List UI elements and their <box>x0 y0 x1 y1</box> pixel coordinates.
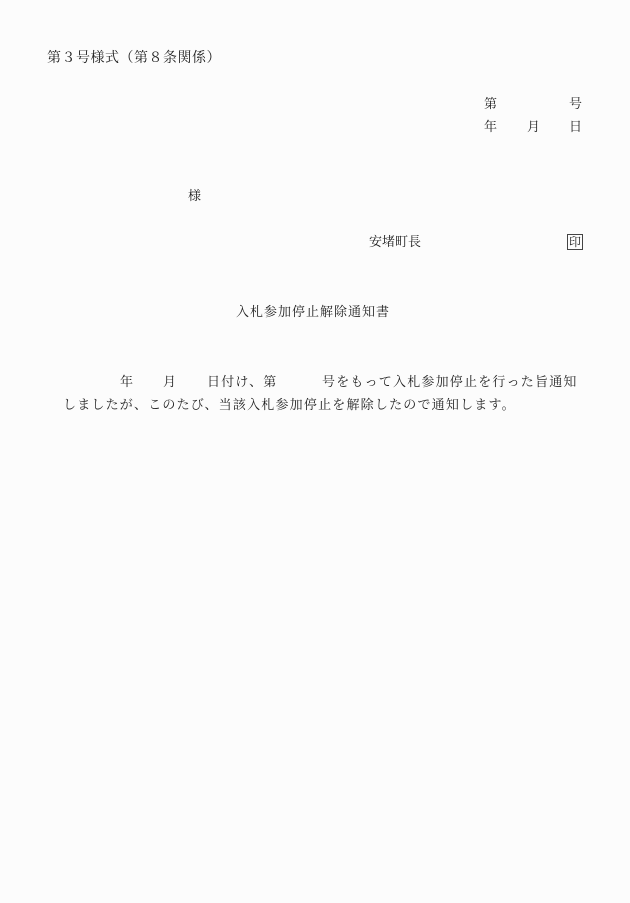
addressee-honorific: 様 <box>188 190 201 203</box>
body-year: 年 <box>120 376 134 389</box>
doc-number-prefix: 第 <box>484 98 497 111</box>
date-month: 月 <box>527 121 540 134</box>
body-line1-rest: 号をもって入札参加停止を行った旨通知 <box>322 376 578 389</box>
sender-name: 安堵町長 <box>369 236 421 249</box>
body-line2: しましたが、このたび、当該入札参加停止を解除したので通知します。 <box>63 399 516 412</box>
document-title: 入札参加停止解除通知書 <box>236 306 390 319</box>
form-label: 第３号様式（第８条関係） <box>47 51 221 65</box>
seal-stamp: 印 <box>567 234 583 250</box>
date-year: 年 <box>484 121 497 134</box>
body-month: 月 <box>163 376 177 389</box>
body-day-dated: 日付け、第 <box>207 376 277 389</box>
date-day: 日 <box>569 121 582 134</box>
doc-number-suffix: 号 <box>569 98 582 111</box>
